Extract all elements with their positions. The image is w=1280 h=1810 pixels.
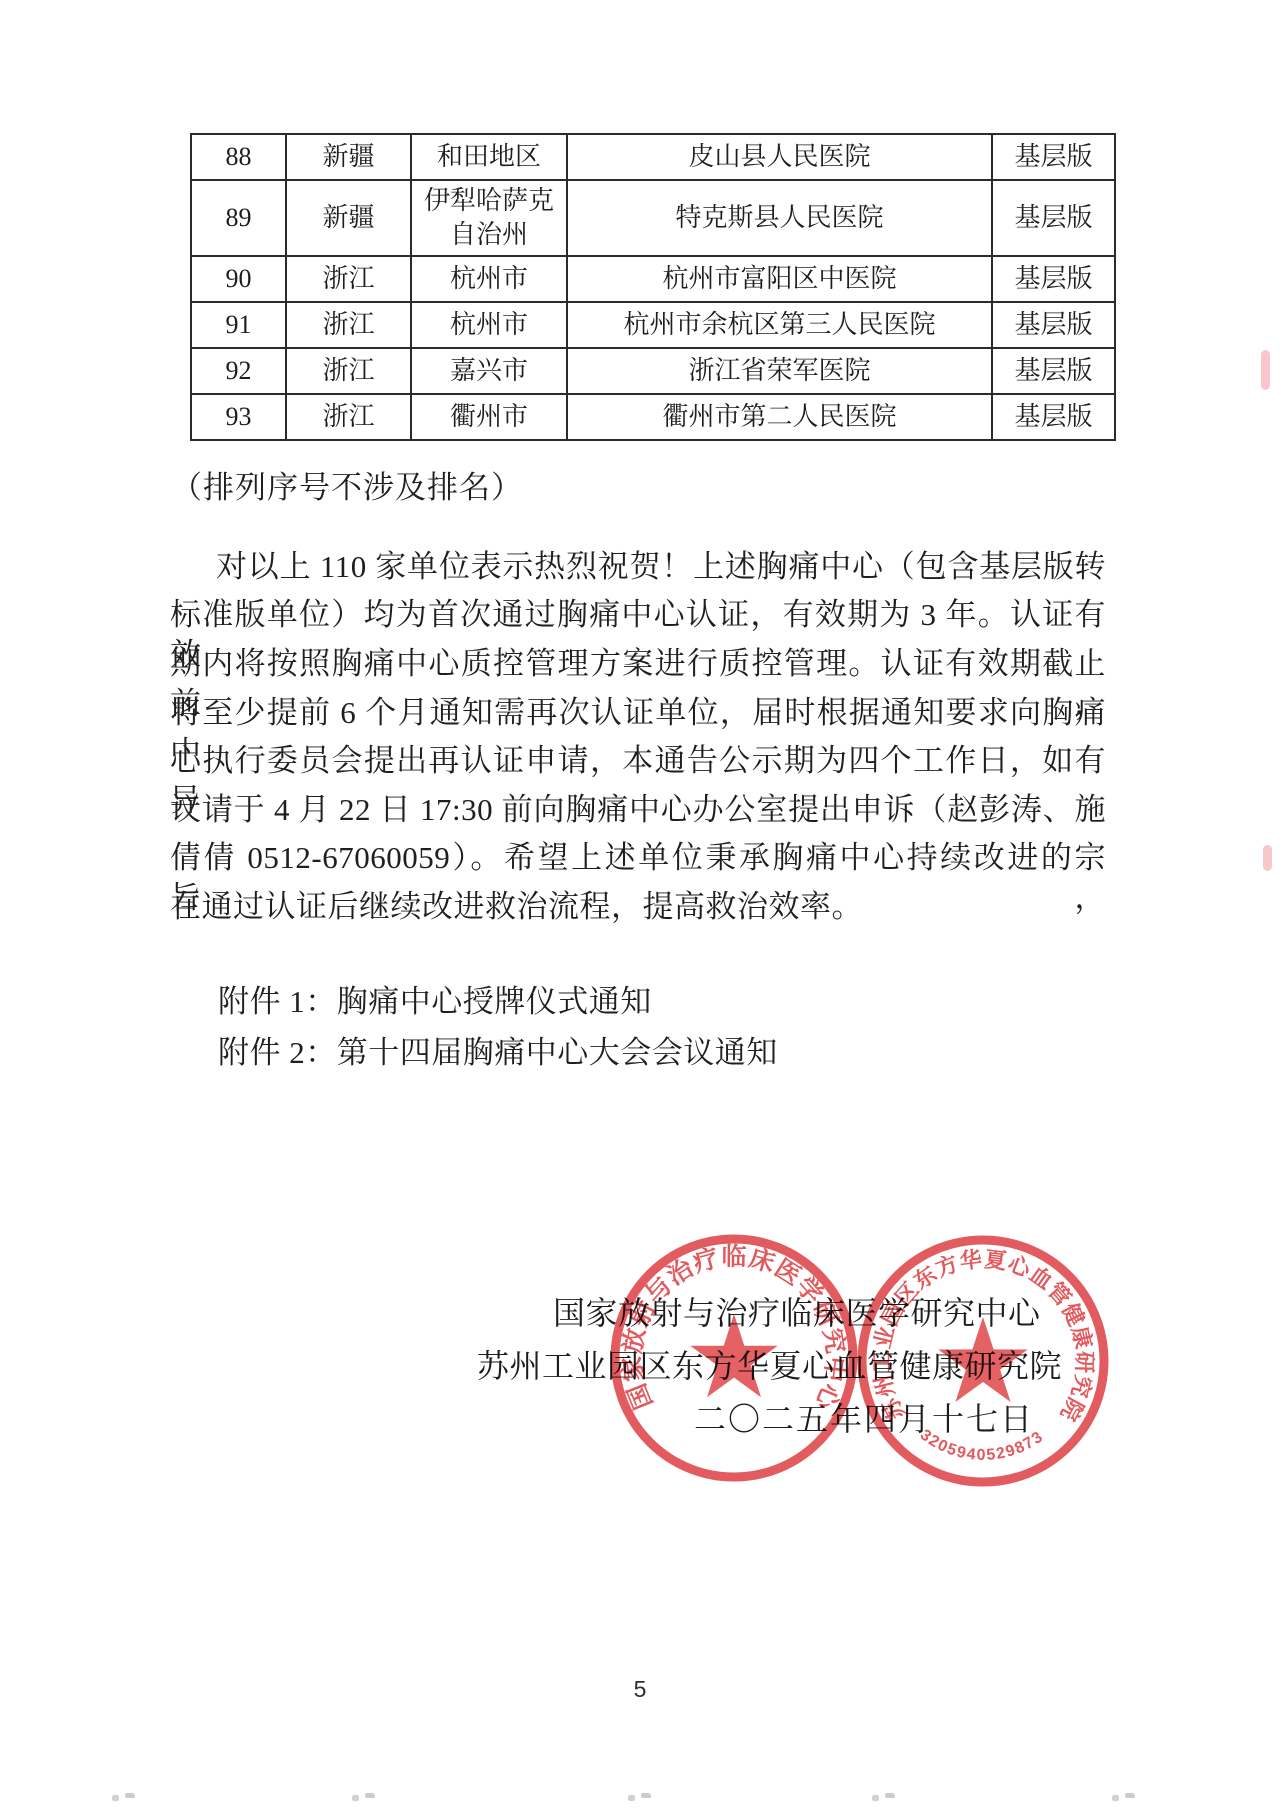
cell-no: 90: [191, 256, 286, 302]
cell-city: 杭州市: [411, 256, 567, 302]
cell-city: 和田地区: [411, 134, 567, 180]
page-number: 5: [0, 1676, 1280, 1703]
cell-version: 基层版: [992, 302, 1115, 348]
attachment-1: 附件 1：胸痛中心授牌仪式通知: [218, 976, 652, 1021]
table-row: 92 浙江 嘉兴市 浙江省荣军医院 基层版: [191, 348, 1115, 394]
star-icon: [938, 1317, 1027, 1402]
hospital-table: 88 新疆 和田地区 皮山县人民医院 基层版 89 新疆 伊犁哈萨克自治州 特克…: [190, 133, 1116, 441]
cell-version: 基层版: [992, 180, 1115, 256]
scan-artifact: [628, 1795, 635, 1801]
cell-province: 浙江: [286, 256, 411, 302]
cell-version: 基层版: [992, 134, 1115, 180]
cell-no: 91: [191, 302, 286, 348]
cell-province: 浙江: [286, 394, 411, 440]
seal-code-text: 3205940529873: [917, 1426, 1047, 1464]
cell-no: 88: [191, 134, 286, 180]
scan-artifact: [1261, 350, 1270, 390]
attachment-2: 附件 2：第十四届胸痛中心大会会议通知: [218, 1027, 778, 1072]
official-seal-right: 苏州工业园区东方华夏心血管健康研究院 3205940529873: [854, 1232, 1112, 1490]
cell-no: 92: [191, 348, 286, 394]
cell-city: 衢州市: [411, 394, 567, 440]
cell-hospital: 皮山县人民医院: [567, 134, 992, 180]
cell-hospital: 杭州市富阳区中医院: [567, 256, 992, 302]
table-row: 89 新疆 伊犁哈萨克自治州 特克斯县人民医院 基层版: [191, 180, 1115, 256]
star-icon: [690, 1314, 777, 1397]
table-row: 91 浙江 杭州市 杭州市余杭区第三人民医院 基层版: [191, 302, 1115, 348]
cell-hospital: 特克斯县人民医院: [567, 180, 992, 256]
ranking-note: （排列序号不涉及排名）: [171, 462, 523, 507]
scan-artifact: [1112, 1795, 1119, 1801]
cell-province: 新疆: [286, 180, 411, 256]
cell-hospital: 衢州市第二人民医院: [567, 394, 992, 440]
scan-artifact: [352, 1795, 359, 1801]
cell-province: 浙江: [286, 302, 411, 348]
document-page: 88 新疆 和田地区 皮山县人民医院 基层版 89 新疆 伊犁哈萨克自治州 特克…: [0, 0, 1280, 1810]
scan-artifact: [112, 1795, 119, 1801]
scan-artifact: [1263, 845, 1272, 871]
cell-province: 新疆: [286, 134, 411, 180]
cell-version: 基层版: [992, 348, 1115, 394]
svg-text:3205940529873: 3205940529873: [917, 1426, 1047, 1464]
table-row: 93 浙江 衢州市 衢州市第二人民医院 基层版: [191, 394, 1115, 440]
cell-city: 伊犁哈萨克自治州: [411, 180, 567, 256]
cell-hospital: 浙江省荣军医院: [567, 348, 992, 394]
table-row: 90 浙江 杭州市 杭州市富阳区中医院 基层版: [191, 256, 1115, 302]
scan-artifact: [872, 1795, 879, 1801]
body-line: 对以上 110 家单位表示热烈祝贺！上述胸痛中心（包含基层版转: [170, 547, 1106, 587]
cell-version: 基层版: [992, 256, 1115, 302]
body-line: 议请于 4 月 22 日 17:30 前向胸痛中心办公室提出申诉（赵彭涛、施: [170, 790, 1106, 830]
official-seal-left: 国家放射与治疗临床医学研究中心: [606, 1230, 862, 1486]
cell-province: 浙江: [286, 348, 411, 394]
cell-no: 93: [191, 394, 286, 440]
cell-hospital: 杭州市余杭区第三人民医院: [567, 302, 992, 348]
cell-city: 嘉兴市: [411, 348, 567, 394]
cell-version: 基层版: [992, 394, 1115, 440]
table-row: 88 新疆 和田地区 皮山县人民医院 基层版: [191, 134, 1115, 180]
cell-no: 89: [191, 180, 286, 256]
cell-city: 杭州市: [411, 302, 567, 348]
body-line: 在通过认证后继续改进救治流程，提高救治效率。: [170, 887, 1106, 927]
